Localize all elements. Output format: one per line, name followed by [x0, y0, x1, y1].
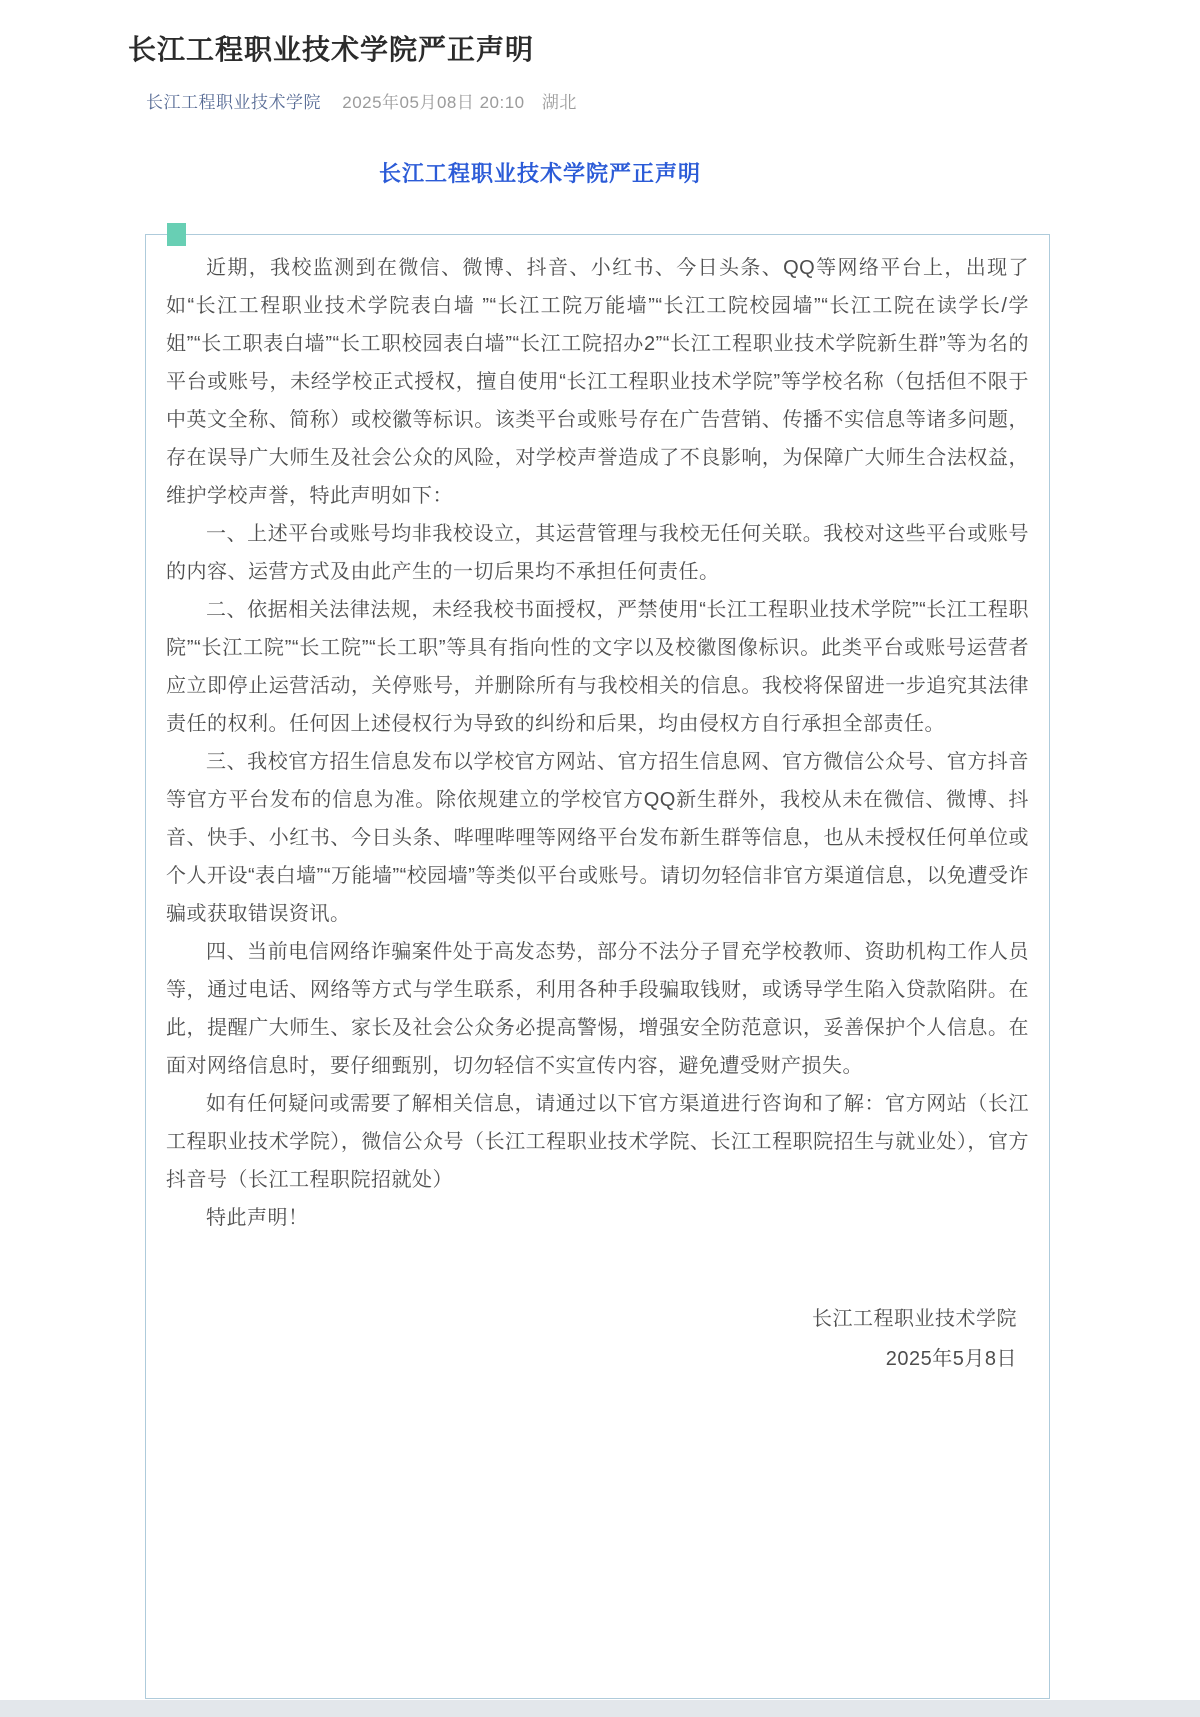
- statement-paragraph: 三、我校官方招生信息发布以学校官方网站、官方招生信息网、官方微信公众号、官方抖音…: [166, 743, 1029, 933]
- statement-paragraph: 特此声明！: [166, 1199, 1029, 1237]
- statement-paragraph: 近期，我校监测到在微信、微博、抖音、小红书、今日头条、QQ等网络平台上，出现了如…: [166, 249, 1029, 515]
- signature-date: 2025年5月8日: [166, 1339, 1017, 1379]
- publish-datetime: 2025年05月08日 20:10: [342, 93, 524, 112]
- statement-paragraph: 一、上述平台或账号均非我校设立，其运营管理与我校无任何关联。我校对这些平台或账号…: [166, 515, 1029, 591]
- statement-paragraphs: 近期，我校监测到在微信、微博、抖音、小红书、今日头条、QQ等网络平台上，出现了如…: [166, 249, 1029, 1237]
- signature-block: 长江工程职业技术学院 2025年5月8日: [166, 1299, 1029, 1379]
- statement-paragraph: 如有任何疑问或需要了解相关信息，请通过以下官方渠道进行咨询和了解：官方网站（长江…: [166, 1085, 1029, 1199]
- article-page: 长江工程职业技术学院严正声明 长江工程职业技术学院 2025年05月08日 20…: [0, 0, 1200, 1717]
- statement-body-box: 近期，我校监测到在微信、微博、抖音、小红书、今日头条、QQ等网络平台上，出现了如…: [145, 234, 1050, 1699]
- signature-name: 长江工程职业技术学院: [166, 1299, 1017, 1339]
- accent-square: [167, 223, 186, 246]
- publish-location: 湖北: [542, 93, 577, 112]
- account-name-link[interactable]: 长江工程职业技术学院: [146, 93, 321, 112]
- statement-paragraph: 四、当前电信网络诈骗案件处于高发态势，部分不法分子冒充学校教师、资助机构工作人员…: [166, 933, 1029, 1085]
- article-meta: 长江工程职业技术学院 2025年05月08日 20:10 湖北: [128, 88, 1200, 113]
- statement-heading: 长江工程职业技术学院严正声明: [0, 157, 1080, 188]
- statement-paragraph: 二、依据相关法律法规，未经我校书面授权，严禁使用“长江工程职业技术学院”“长江工…: [166, 591, 1029, 743]
- page-bottom-band: [0, 1700, 1200, 1717]
- article-header: 长江工程职业技术学院严正声明 长江工程职业技术学院 2025年05月08日 20…: [0, 0, 1200, 113]
- article-title: 长江工程职业技术学院严正声明: [128, 28, 1200, 68]
